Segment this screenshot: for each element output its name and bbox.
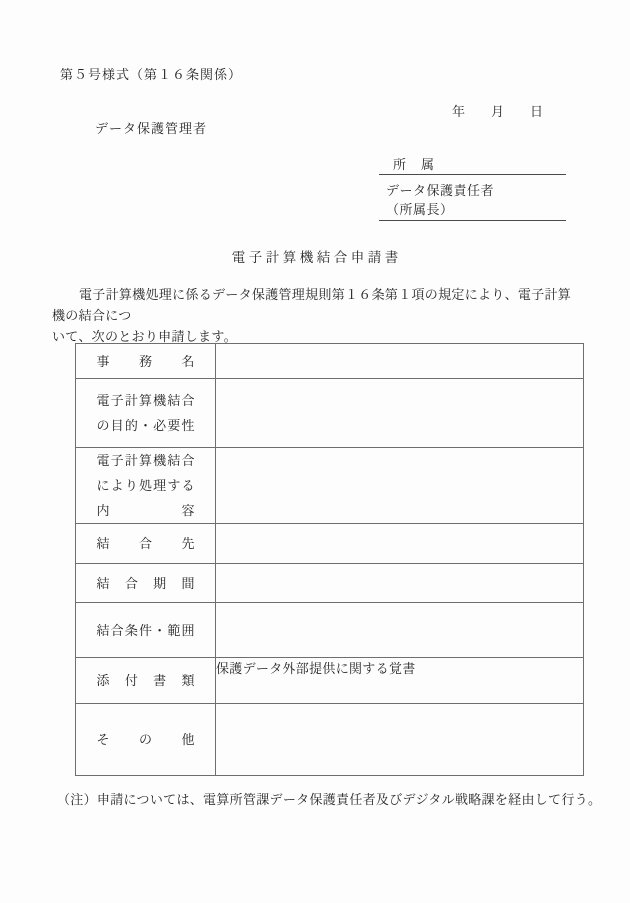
row-label-line: 内容 — [97, 498, 195, 523]
table-row: その他 — [76, 704, 584, 776]
table-row: 電子計算機結合の目的・必要性 — [76, 379, 584, 448]
row-label-cell: 電子計算機結合により処理する内容 — [76, 448, 216, 524]
date-line: 年 月 日 — [452, 101, 543, 120]
table-row: 電子計算機結合により処理する内容 — [76, 448, 584, 524]
row-label-line: 結合条件・範囲 — [97, 618, 195, 643]
document-title: 電子計算機結合申請書 — [0, 246, 630, 266]
row-label-line: 電子計算機結合 — [97, 448, 195, 473]
row-label-line: の目的・必要性 — [97, 413, 195, 438]
data-protection-responsible-label: データ保護責任者 — [379, 183, 566, 199]
row-content-cell — [216, 603, 584, 658]
row-label-line: 添付書類 — [97, 668, 195, 693]
application-table-rows: 事務名電子計算機結合の目的・必要性電子計算機結合により処理する内容結合先結合期間… — [76, 344, 584, 776]
row-content-cell — [216, 564, 584, 603]
intro-paragraph: 電子計算機処理に係るデータ保護管理規則第１６条第１項の規定により、電子計算機の結… — [52, 284, 584, 347]
row-content-cell — [216, 344, 584, 379]
table-row: 結合条件・範囲 — [76, 603, 584, 658]
row-content-cell: 保護データ外部提供に関する覚書 — [216, 658, 584, 704]
data-protection-manager-label: データ保護管理者 — [95, 118, 207, 137]
row-label-cell: 事務名 — [76, 344, 216, 379]
table-row: 添付書類保護データ外部提供に関する覚書 — [76, 658, 584, 704]
row-content-cell — [216, 379, 584, 448]
row-label-cell: 結合条件・範囲 — [76, 603, 216, 658]
form-number: 第５号様式（第１６条関係） — [60, 64, 242, 83]
application-table: 事務名電子計算機結合の目的・必要性電子計算機結合により処理する内容結合先結合期間… — [75, 343, 584, 776]
addressee-block: 所 属 データ保護責任者 （所属長） — [379, 157, 566, 221]
row-label-line: 結合先 — [97, 531, 195, 556]
footer-note: （注）申請については、電算所管課データ保護責任者及びデジタル戦略課を経由して行う… — [57, 789, 601, 808]
table-row: 事務名 — [76, 344, 584, 379]
row-label-cell: 添付書類 — [76, 658, 216, 704]
row-label-line: 事務名 — [97, 349, 195, 374]
row-content-cell — [216, 448, 584, 524]
row-label-line: 結合期間 — [97, 571, 195, 596]
row-label-cell: 結合期間 — [76, 564, 216, 603]
row-label-line: 電子計算機結合 — [97, 388, 195, 413]
row-label-line: その他 — [97, 727, 195, 752]
row-label-line: により処理する — [97, 473, 195, 498]
affiliation-field: 所 属 — [379, 157, 566, 175]
row-label-cell: 電子計算機結合の目的・必要性 — [76, 379, 216, 448]
row-content-cell — [216, 704, 584, 776]
table-row: 結合期間 — [76, 564, 584, 603]
row-content-cell — [216, 524, 584, 564]
table-row: 結合先 — [76, 524, 584, 564]
document-page: 第５号様式（第１６条関係） 年 月 日 データ保護管理者 所 属 データ保護責任… — [0, 0, 630, 903]
section-head-field: （所属長） — [379, 202, 566, 221]
intro-line: 電子計算機処理に係るデータ保護管理規則第１６条第１項の規定により、電子計算機の結… — [52, 284, 584, 326]
row-label-cell: その他 — [76, 704, 216, 776]
row-label-cell: 結合先 — [76, 524, 216, 564]
